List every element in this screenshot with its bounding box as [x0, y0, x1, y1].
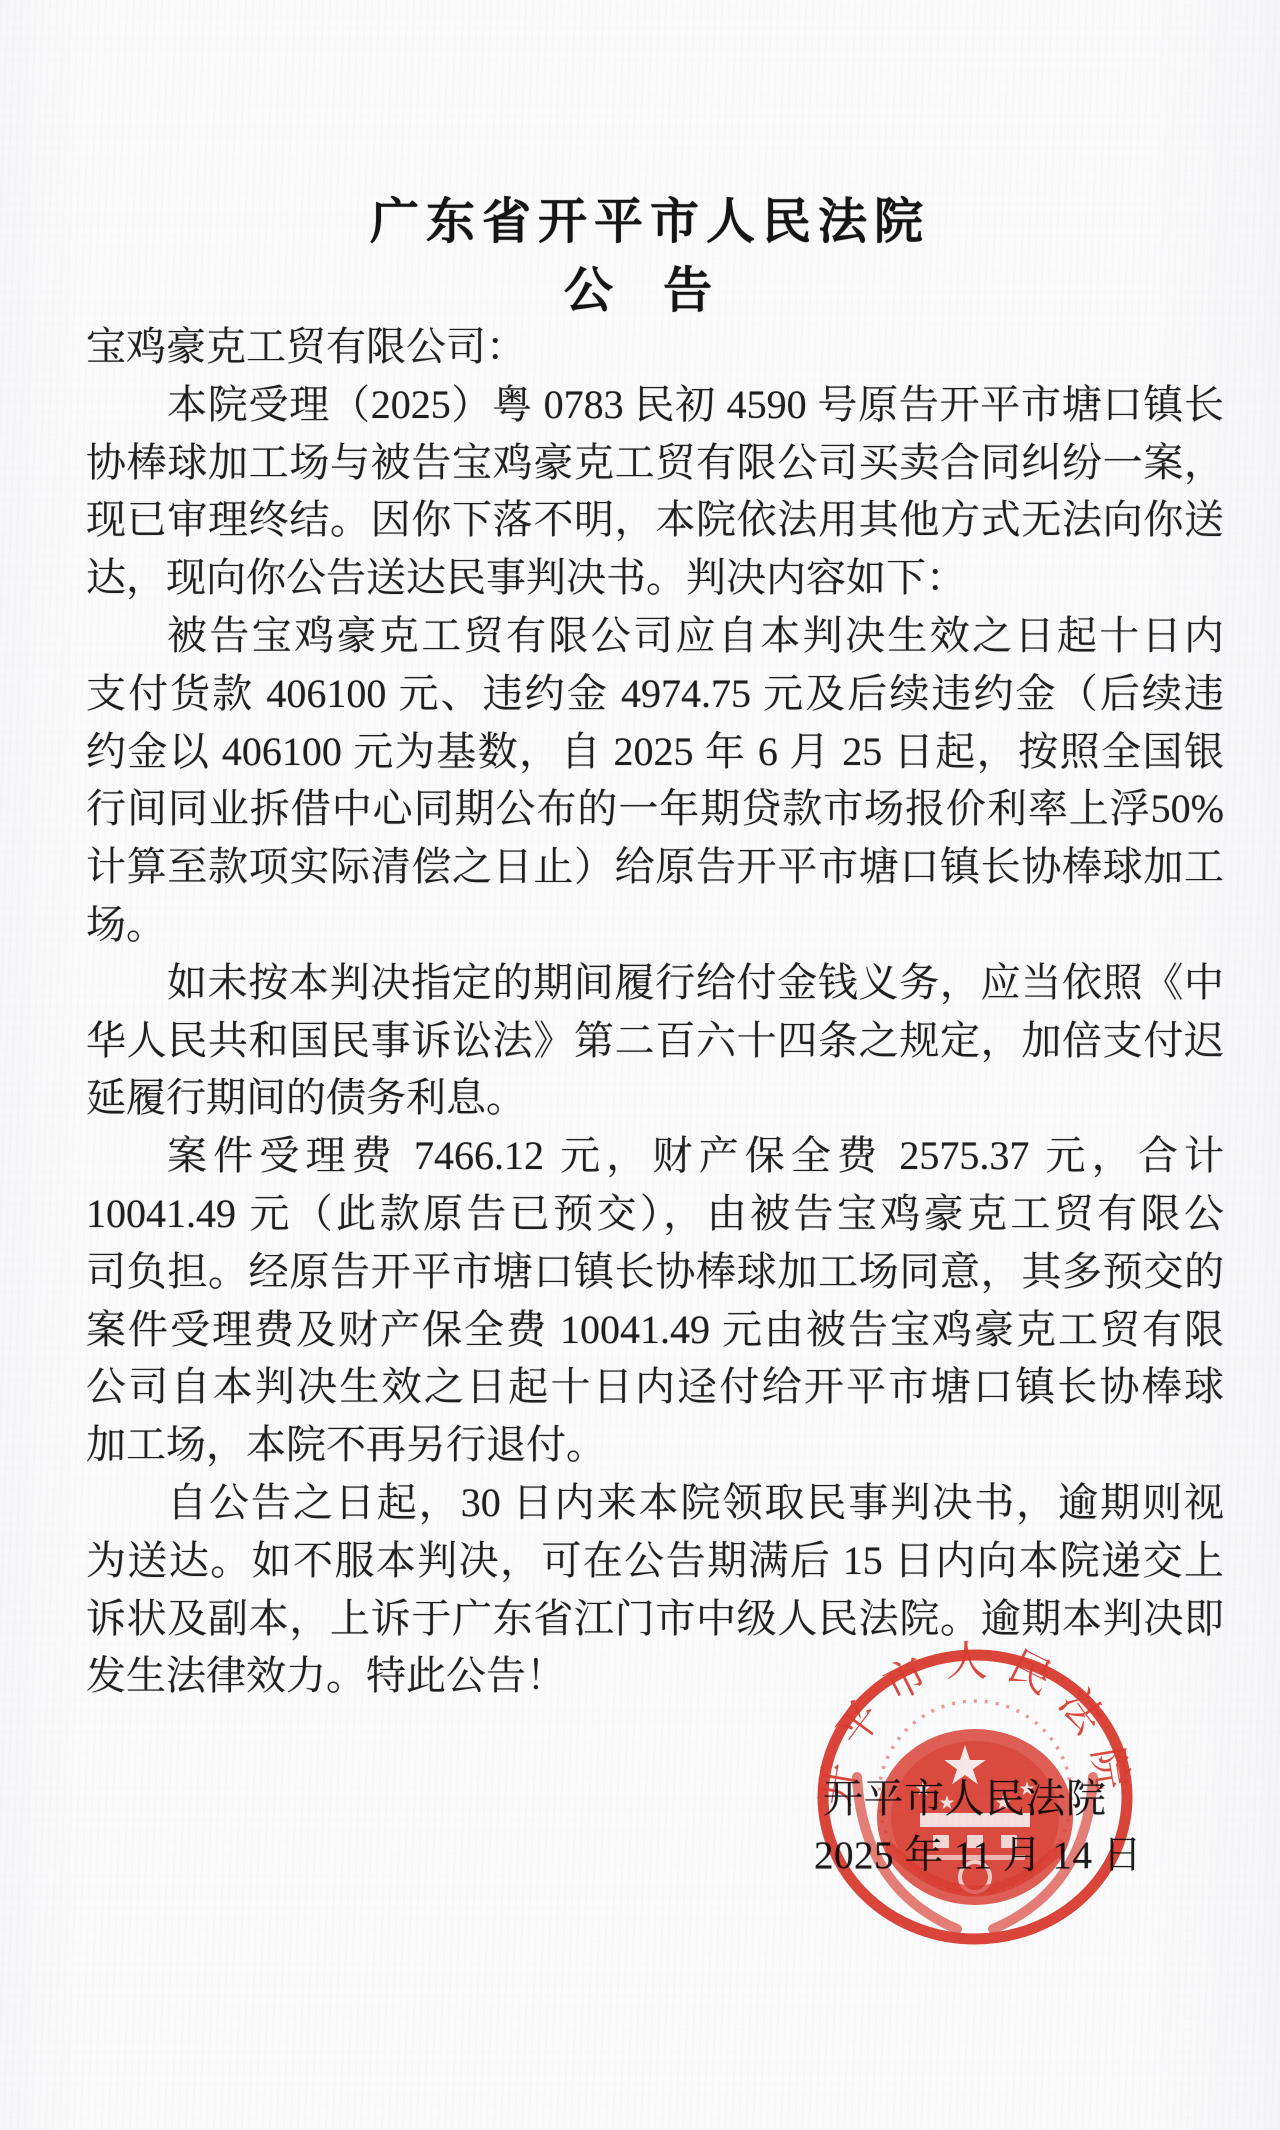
body-line: 10041.49 元（此款原告已预交），由被告宝鸡豪克工贸有限公 — [86, 1185, 1224, 1243]
body-line: 案件受理费及财产保全费 10041.49 元由被告宝鸡豪克工贸有限 — [86, 1301, 1224, 1359]
body-line: 公司自本判决生效之日起十日内迳付给开平市塘口镇长协棒球 — [86, 1358, 1224, 1416]
national-emblem-icon: ★ ★ ★ ★ ★ — [877, 1729, 1073, 1905]
body-line: 自公告之日起，30 日内来本院领取民事判决书，逾期则视 — [86, 1474, 1224, 1532]
body-line: 宝鸡豪克工贸有限公司： — [86, 318, 1224, 376]
page-title-court: 广东省开平市人民法院 — [10, 183, 1280, 253]
body-line: 现已审理终结。因你下落不明，本院依法用其他方式无法向你送 — [86, 491, 1224, 549]
body-line: 被告宝鸡豪克工贸有限公司应自本判决生效之日起十日内 — [86, 607, 1224, 665]
body-line: 为送达。如不服本判决，可在公告期满后 15 日内向本院递交上 — [86, 1532, 1224, 1590]
body-text: 宝鸡豪克工贸有限公司：本院受理（2025）粤 0783 民初 4590 号原告开… — [86, 318, 1224, 1705]
body-line: 达，现向你公告送达民事判决书。判决内容如下： — [86, 549, 1224, 607]
emblem-small-star-icon: ★ — [914, 1778, 931, 1800]
body-line: 如未按本判决指定的期间履行给付金钱义务，应当依照《中 — [86, 954, 1224, 1012]
emblem-small-star-icon: ★ — [938, 1792, 955, 1814]
body-line: 支付货款 406100 元、违约金 4974.75 元及后续违约金（后续违 — [86, 665, 1224, 723]
emblem-big-star-icon: ★ — [941, 1734, 989, 1797]
emblem-small-star-icon: ★ — [1018, 1778, 1035, 1800]
body-line: 场。 — [86, 896, 1224, 954]
body-line: 本院受理（2025）粤 0783 民初 4590 号原告开平市塘口镇长 — [86, 376, 1224, 434]
body-line: 延履行期间的债务利息。 — [86, 1069, 1224, 1127]
page-title-doctype: 公 告 — [0, 252, 1280, 322]
body-line: 约金以 406100 元为基数，自 2025 年 6 月 25 日起，按照全国银 — [86, 723, 1224, 781]
body-line: 华人民共和国民事诉讼法》第二百六十四条之规定，加倍支付迟 — [86, 1012, 1224, 1070]
body-line: 案件受理费 7466.12 元，财产保全费 2575.37 元，合计 — [86, 1127, 1224, 1185]
court-seal-stamp: 开平市人民法院 ★ ★ ★ ★ ★ — [805, 1637, 1145, 1957]
announcement-page: 广东省开平市人民法院 公 告 宝鸡豪克工贸有限公司：本院受理（2025）粤 07… — [0, 0, 1280, 2130]
body-line: 加工场，本院不再另行退付。 — [86, 1416, 1224, 1474]
body-line: 行间同业拆借中心同期公布的一年期贷款市场报价利率上浮50% — [86, 780, 1224, 838]
body-line: 协棒球加工场与被告宝鸡豪克工贸有限公司买卖合同纠纷一案， — [86, 434, 1224, 492]
body-line: 计算至款项实际清偿之日止）给原告开平市塘口镇长协棒球加工 — [86, 838, 1224, 896]
body-line: 司负担。经原告开平市塘口镇长协棒球加工场同意，其多预交的 — [86, 1243, 1224, 1301]
emblem-small-star-icon: ★ — [994, 1792, 1011, 1814]
